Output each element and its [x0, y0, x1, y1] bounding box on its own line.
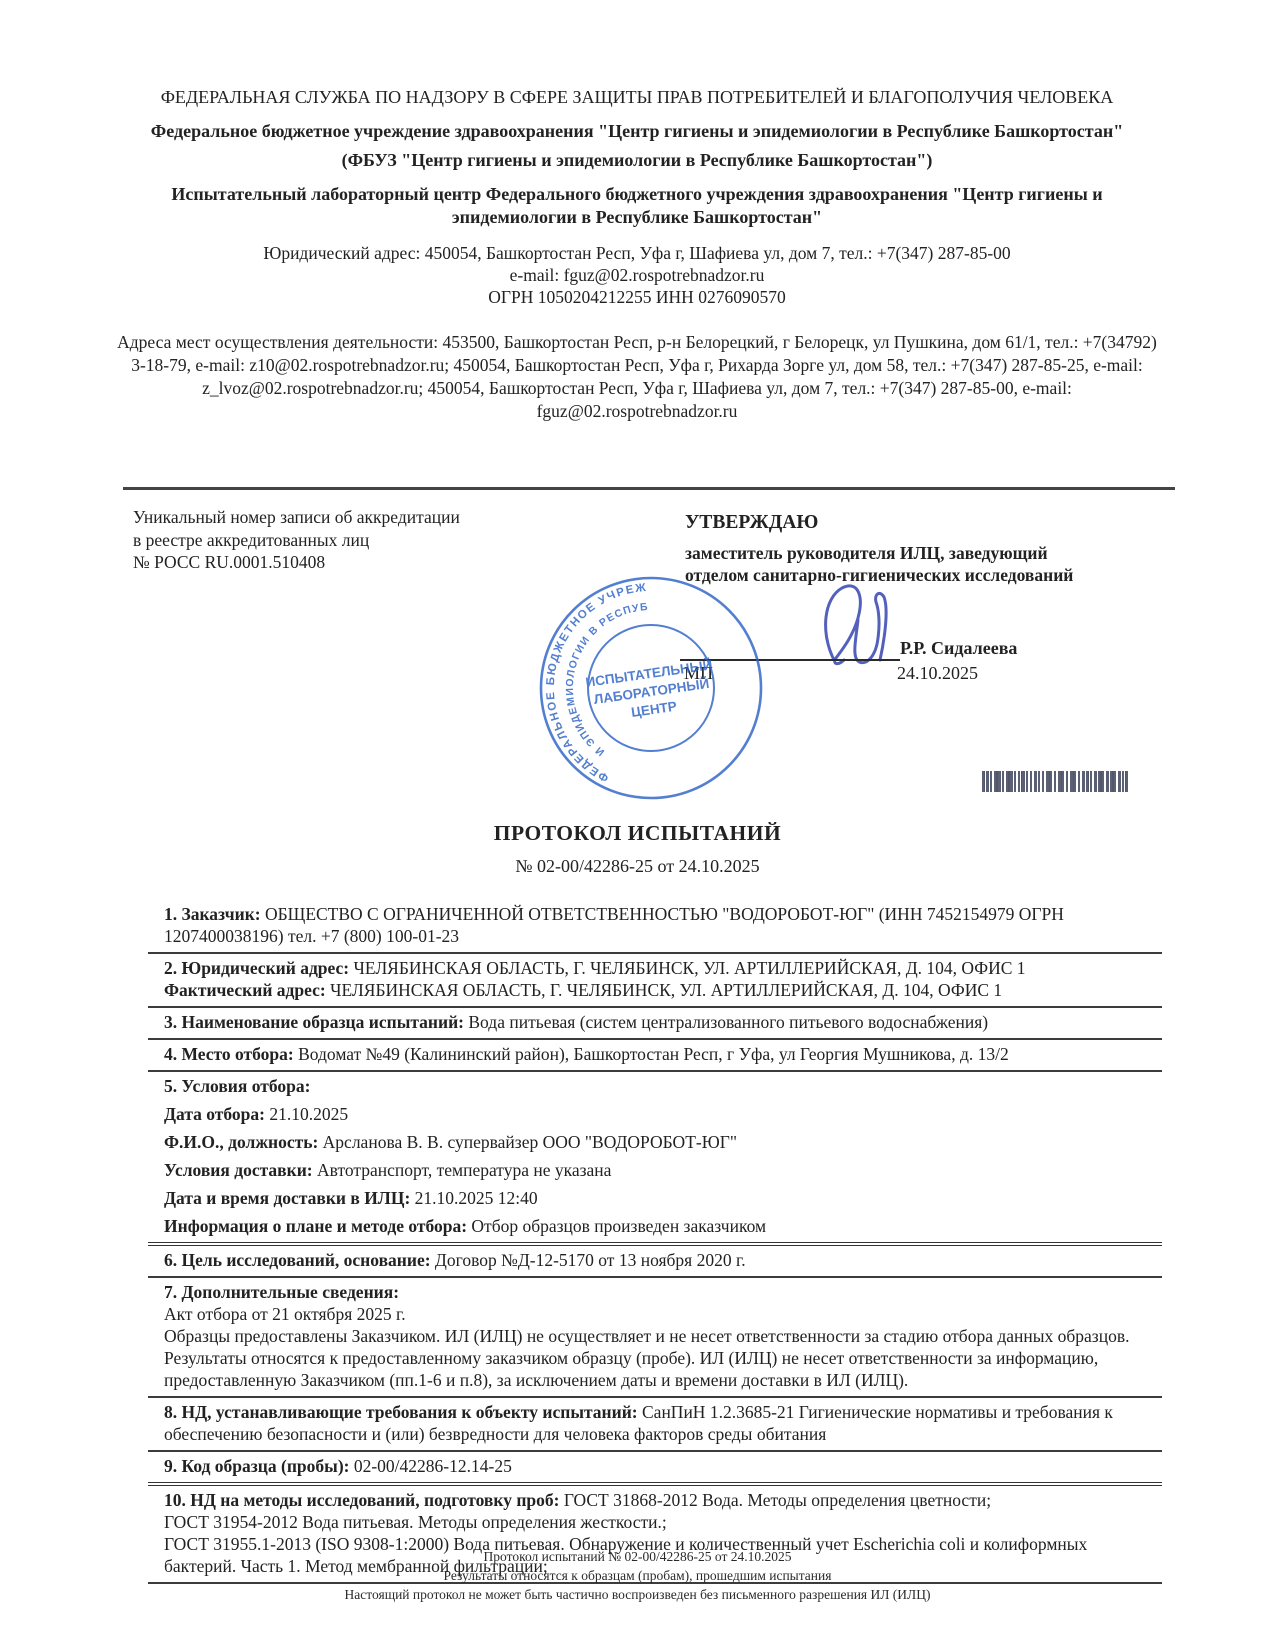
org-name-short: (ФБУЗ "Центр гигиены и эпидемиологии в Р…	[117, 149, 1157, 172]
accreditation-number: № РОСС RU.0001.510408	[133, 551, 513, 574]
approver-position-line: заместитель руководителя ИЛЦ, заведующий	[685, 542, 1115, 564]
page-footer: Протокол испытаний № 02-00/42286-25 от 2…	[0, 1547, 1275, 1604]
section-value: ЧЕЛЯБИНСКАЯ ОБЛАСТЬ, Г. ЧЕЛЯБИНСК, УЛ. А…	[353, 958, 1025, 978]
section-label: 3. Наименование образца испытаний:	[164, 1012, 464, 1032]
section-sampling-place: 4. Место отбора: Водомат №49 (Калинински…	[148, 1040, 1162, 1072]
lab-center-name: Испытательный лабораторный центр Федерал…	[117, 183, 1157, 229]
barcode	[982, 771, 1128, 792]
ogrn-inn-line: ОГРН 1050204212255 ИНН 0276090570	[117, 286, 1157, 308]
section-label: 8. НД, устанавливающие требования к объе…	[164, 1402, 638, 1422]
section-client: 1. Заказчик: ОБЩЕСТВО С ОГРАНИЧЕННОЙ ОТВ…	[148, 900, 1162, 954]
section-value: Вода питьевая (систем централизованного …	[468, 1012, 988, 1032]
section-value: ГОСТ 31868-2012 Вода. Методы определения…	[564, 1490, 991, 1510]
section-value: ЧЕЛЯБИНСКАЯ ОБЛАСТЬ, Г. ЧЕЛЯБИНСК, УЛ. А…	[330, 980, 1002, 1000]
agency-name: ФЕДЕРАЛЬНАЯ СЛУЖБА ПО НАДЗОРУ В СФЕРЕ ЗА…	[117, 86, 1157, 109]
footer-protocol-ref: Протокол испытаний № 02-00/42286-25 от 2…	[0, 1547, 1275, 1566]
section-purpose: 6. Цель исследований, основание: Договор…	[148, 1246, 1162, 1278]
section-label: 7. Дополнительные сведения:	[164, 1282, 399, 1302]
accreditation-line: в реестре аккредитованных лиц	[133, 529, 513, 552]
field-value: 21.10.2025 12:40	[415, 1188, 538, 1208]
section-label: 5. Условия отбора:	[164, 1076, 310, 1096]
field-value: Отбор образцов произведен заказчиком	[471, 1216, 766, 1236]
protocol-title: ПРОТОКОЛ ИСПЫТАНИЙ	[0, 821, 1275, 846]
section-label: 6. Цель исследований, основание:	[164, 1250, 431, 1270]
legal-address: Юридический адрес: 450054, Башкортостан …	[117, 242, 1157, 264]
approver-name: Р.Р. Сидалеева	[900, 638, 1017, 659]
section-label: 10. НД на методы исследований, подготовк…	[164, 1490, 559, 1510]
stamp-center-text: ИСПЫТАТЕЛЬНЫЙ ЛАБОРАТОРНЫЙ ЦЕНТР	[585, 657, 719, 725]
section-value: Договор №Д-12-5170 от 13 ноября 2020 г.	[435, 1250, 746, 1270]
field-label: Дата и время доставки в ИЛЦ:	[164, 1188, 410, 1208]
email-line: e-mail: fguz@02.rospotrebnadzor.ru	[117, 264, 1157, 286]
org-name-full: Федеральное бюджетное учреждение здравоо…	[117, 120, 1157, 143]
protocol-sections: 1. Заказчик: ОБЩЕСТВО С ОГРАНИЧЕННОЙ ОТВ…	[148, 900, 1162, 1584]
field-label: Ф.И.О., должность:	[164, 1132, 318, 1152]
section-label: Фактический адрес:	[164, 980, 326, 1000]
section-label: 4. Место отбора:	[164, 1044, 294, 1064]
section-label: 1. Заказчик:	[164, 904, 261, 924]
accreditation-line: Уникальный номер записи об аккредитации	[133, 506, 513, 529]
field-value: Арсланова В. В. супервайзер ООО "ВОДОРОБ…	[323, 1132, 737, 1152]
field-label: Условия доставки:	[164, 1160, 313, 1180]
section-paragraph: Образцы предоставлены Заказчиком. ИЛ (ИЛ…	[164, 1325, 1150, 1391]
footer-copy-note: Настоящий протокол не может быть частичн…	[0, 1585, 1275, 1604]
section-value: 02-00/42286-12.14-25	[354, 1456, 512, 1476]
letterhead: ФЕДЕРАЛЬНАЯ СЛУЖБА ПО НАДЗОРУ В СФЕРЕ ЗА…	[117, 86, 1157, 423]
section-value: ОБЩЕСТВО С ОГРАНИЧЕННОЙ ОТВЕТСТВЕННОСТЬЮ…	[164, 904, 1064, 946]
footer-results-note: Результаты относятся к образцам (пробам)…	[0, 1566, 1275, 1585]
signature	[812, 580, 908, 666]
section-legal-address: 2. Юридический адрес: ЧЕЛЯБИНСКАЯ ОБЛАСТ…	[148, 954, 1162, 1008]
protocol-number: № 02-00/42286-25 от 24.10.2025	[0, 856, 1275, 877]
header-separator	[123, 487, 1175, 490]
approve-date: 24.10.2025	[897, 663, 978, 684]
section-value: Водомат №49 (Калининский район), Башкорт…	[298, 1044, 1009, 1064]
section-additional-info: 7. Дополнительные сведения: Акт отбора о…	[148, 1278, 1162, 1398]
section-line: ГОСТ 31954-2012 Вода питьевая. Методы оп…	[164, 1511, 1150, 1533]
section-requirements-nd: 8. НД, устанавливающие требования к объе…	[148, 1398, 1162, 1452]
section-sample-code: 9. Код образца (пробы): 02-00/42286-12.1…	[148, 1452, 1162, 1486]
section-sampling-conditions: 5. Условия отбора: Дата отбора: 21.10.20…	[148, 1072, 1162, 1246]
accreditation-note: Уникальный номер записи об аккредитации …	[133, 506, 513, 574]
approve-title: УТВЕРЖДАЮ	[685, 512, 1115, 534]
activity-addresses: Адреса мест осуществления деятельности: …	[117, 331, 1157, 423]
field-label: Дата отбора:	[164, 1104, 265, 1124]
scanned-test-protocol-page: { "colors": { "stamp_blue": "#2e63c6", "…	[0, 0, 1275, 1650]
field-value: 21.10.2025	[269, 1104, 348, 1124]
section-label: 9. Код образца (пробы):	[164, 1456, 349, 1476]
section-line: Акт отбора от 21 октября 2025 г.	[164, 1303, 1150, 1325]
stamp-center-line: ЦЕНТР	[630, 699, 678, 720]
section-label: 2. Юридический адрес:	[164, 958, 349, 978]
section-sample-name: 3. Наименование образца испытаний: Вода …	[148, 1008, 1162, 1040]
official-stamp: ФЕДЕРАЛЬНОЕ БЮДЖЕТНОЕ УЧРЕЖДЕНИЕ ЗДРАВОО…	[533, 570, 769, 806]
field-label: Информация о плане и методе отбора:	[164, 1216, 467, 1236]
field-value: Автотранспорт, температура не указана	[317, 1160, 611, 1180]
